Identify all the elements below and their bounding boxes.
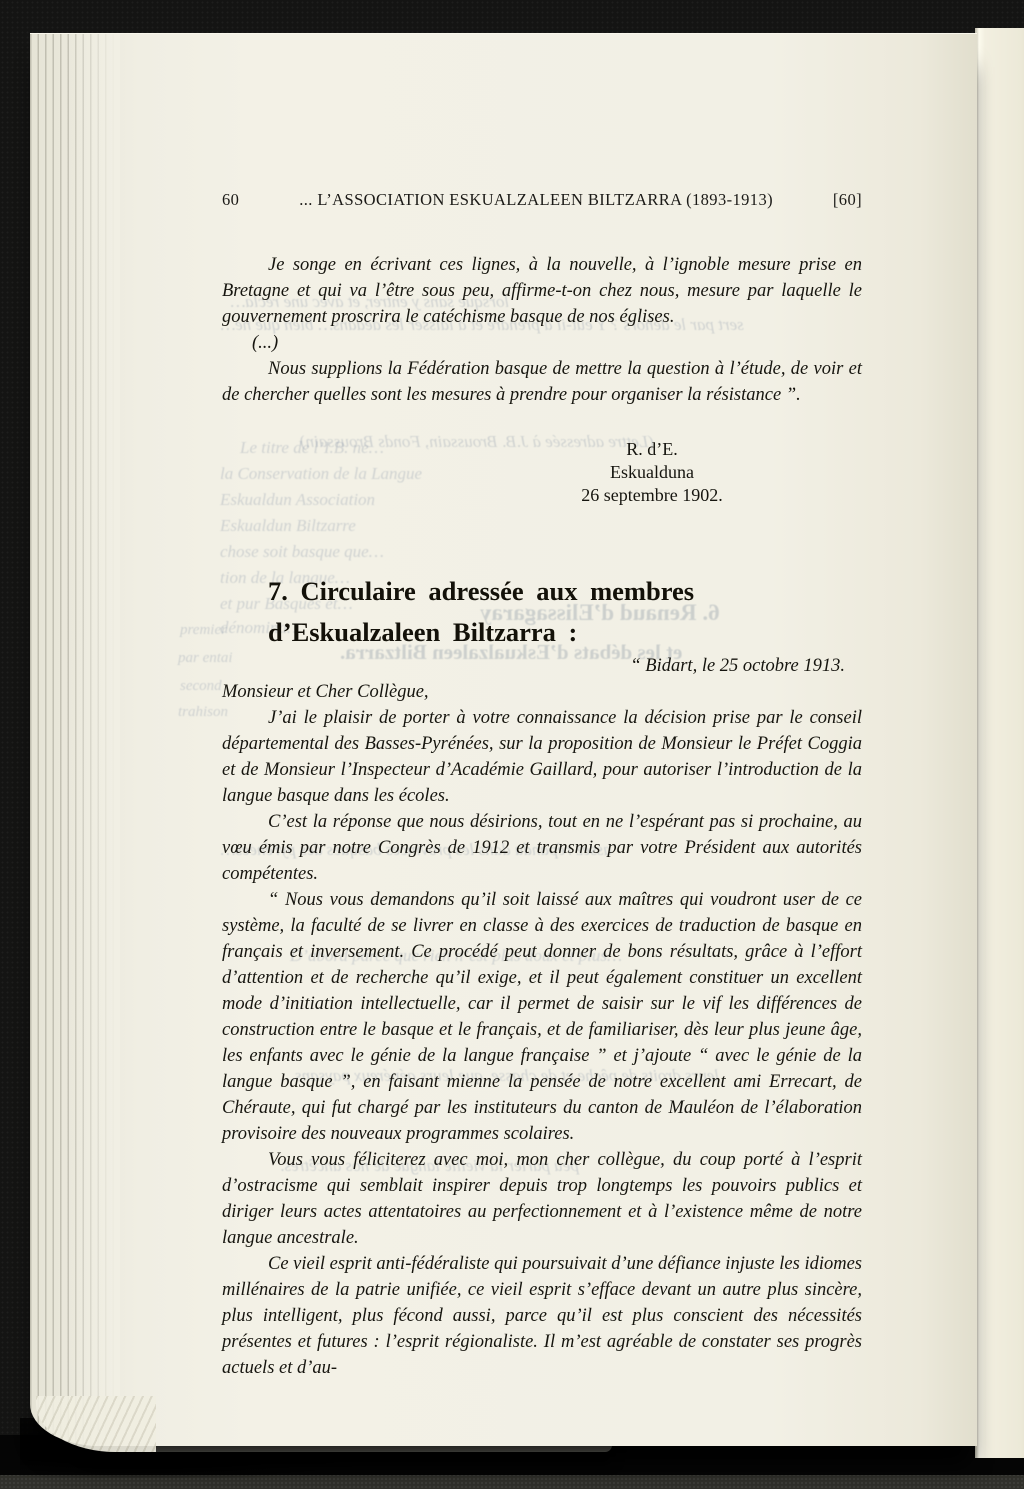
ghost-bleedthrough-text: premier xyxy=(180,622,227,639)
body-text: Je songe en écrivant ces lignes, à la no… xyxy=(222,252,862,1381)
letter-paragraph: J’ai le plaisir de porter à votre connai… xyxy=(222,705,862,809)
running-header: 60 ... L’ASSOCIATION ESKUALZALEEN BILTZA… xyxy=(222,190,862,210)
ghost-bleedthrough-text: second xyxy=(180,678,222,695)
section-heading-line1: 7. Circulaire adressée aux membres xyxy=(268,571,862,612)
signature-block: R. d’E. Eskualduna 26 septembre 1902. xyxy=(502,438,802,507)
letter-paragraph: Vous vous féliciterez avec moi, mon cher… xyxy=(222,1147,862,1251)
letter-salutation: Monsieur et Cher Collègue, xyxy=(222,679,862,705)
next-page-edge xyxy=(975,28,1024,1458)
signature-publication: Eskualduna xyxy=(502,461,802,484)
letter-paragraph: C’est la réponse que nous désirions, tou… xyxy=(222,809,862,887)
omission-mark: (...) xyxy=(222,330,862,356)
signature-initials: R. d’E. xyxy=(502,438,802,461)
letter-paragraph: Ce vieil esprit anti-fédéraliste qui pou… xyxy=(222,1251,862,1381)
ghost-bleedthrough-text: trahison xyxy=(178,704,228,721)
section-heading: 7. Circulaire adressée aux membres d’Esk… xyxy=(268,571,862,653)
signature-date: 26 septembre 1902. xyxy=(502,484,802,507)
running-title: ... L’ASSOCIATION ESKUALZALEEN BILTZARRA… xyxy=(239,190,833,210)
page-content: 60 ... L’ASSOCIATION ESKUALZALEEN BILTZA… xyxy=(222,34,862,1381)
letter-dateline: “ Bidart, le 25 octobre 1913. xyxy=(222,653,862,679)
letter-paragraph: Nous supplions la Fédération basque de m… xyxy=(222,356,862,408)
page-number-left: 60 xyxy=(222,190,239,210)
letter-paragraph: “ Nous vous demandons qu’il soit laissé … xyxy=(222,887,862,1147)
photo-of-open-book: lorsque sans y entrer, et avec une recla… xyxy=(0,0,1024,1489)
page-number-right: [60] xyxy=(833,190,862,210)
book-page: lorsque sans y entrer, et avec une recla… xyxy=(30,33,977,1446)
page-stack-fore-edge xyxy=(30,34,120,1446)
letter-paragraph: Je songe en écrivant ces lignes, à la no… xyxy=(222,252,862,330)
section-heading-line2: d’Eskualzaleen Biltzarra : xyxy=(268,612,862,653)
